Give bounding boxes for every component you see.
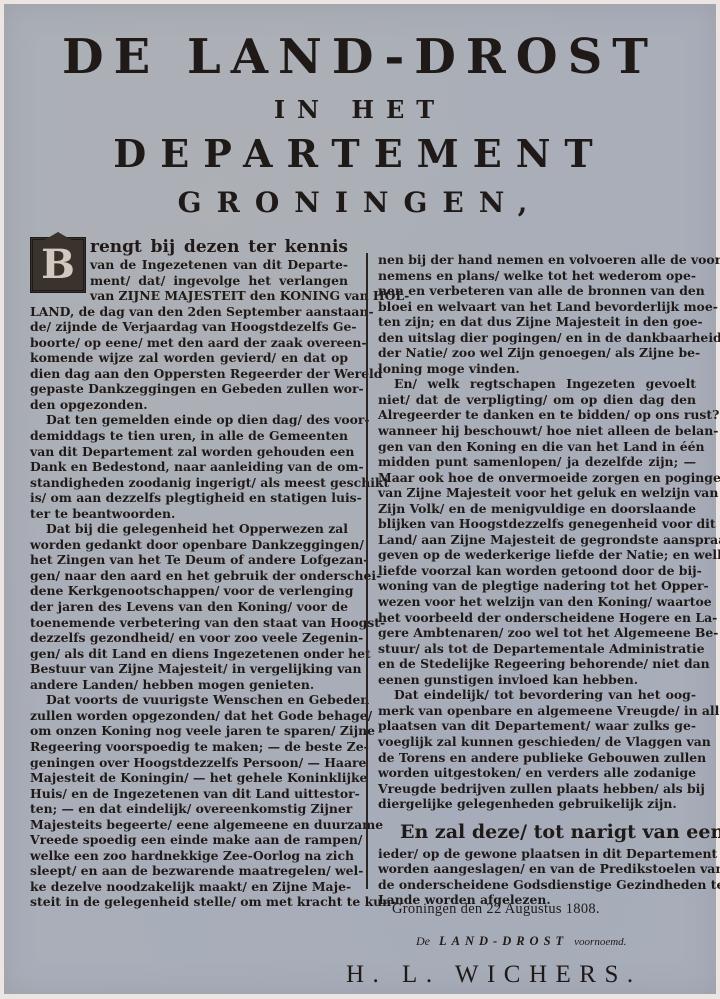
text-line: zullen worden opgezonden/ dat het Gode b… (30, 708, 348, 724)
text-line: is/ om aan dezzelfs plegtigheid en stati… (30, 490, 348, 506)
text-line: worden aangeslagen/ en van de Predikstoe… (378, 861, 696, 877)
text-line: nemens en plans/ welke tot het wederom o… (378, 268, 696, 284)
text-line: Land/ aan Zijne Majesteit de gegrondste … (378, 532, 696, 548)
text-line: steit in de gelegenheid stelle/ om met k… (30, 894, 348, 910)
text-line: woning van de plegtige nadering tot het … (378, 578, 696, 594)
text-line: geven op de wederkerige liefde der Natie… (378, 547, 696, 563)
text-line: Alregeerder te danken en te bidden/ op o… (378, 407, 696, 423)
text-line: den opgezonden. (30, 397, 348, 413)
paragraph-closing: ieder/ op de gewone plaatsen in dit Depa… (378, 846, 696, 908)
text-line: wezen voor het welzijn van den Koning/ w… (378, 594, 696, 610)
paragraph-wenschen-en-gebeden: Dat voorts de vuurigste Wenschen en Gebe… (30, 692, 348, 910)
dateline: Groningen den 22 Augustus 1808. (392, 901, 600, 918)
text-line: de/ zijnde de Verjaardag van Hoogstdezel… (30, 319, 348, 335)
text-line: wanneer hij beschouwt/ hoe niet alleen d… (378, 423, 696, 439)
text-line: gere Ambtenaren/ zoo wel tot het Algemee… (378, 625, 696, 641)
text-line: welke een zoo hardnekkige Zee-Oorlog na … (30, 848, 348, 864)
text-line: bloei en welvaart van het Land bevorderl… (378, 299, 696, 315)
text-line: diergelijke gelegenheden gebruikelijk zi… (378, 796, 696, 812)
text-line: stuur/ als tot de Departementale Adminis… (378, 641, 696, 657)
drop-cap-letter: B (41, 245, 75, 285)
text-line: toenemende verbetering van den staat van… (30, 615, 348, 631)
text-line: der Natie/ zoo wel Zijn genoegen/ als Zi… (378, 345, 696, 361)
text-line: de onderscheidene Godsdienstige Gezindhe… (378, 877, 696, 893)
text-line: LAND, de dag van den 2den September aans… (30, 304, 348, 320)
text-line: niet/ dat de verpligting/ om op dien dag… (378, 392, 696, 408)
text-line: Huis/ en de Ingezetenen van dit Land uit… (30, 786, 348, 802)
subscript-de: De (416, 934, 430, 948)
text-line: nen en verbeteren van alle de bronnen va… (378, 283, 696, 299)
text-line: Majesteits begeerte/ eene algemeene en d… (30, 817, 348, 833)
text-line: Vreugde bedrijven zullen plaats hebben/ … (378, 781, 696, 797)
title-departement: DEPARTEMENT (4, 134, 716, 174)
paragraph-vreugde: Dat eindelijk/ tot bevordering van het o… (378, 687, 696, 811)
text-line: nen bij der hand nemen en volvoeren alle… (378, 252, 696, 268)
ornamental-drop-cap: B (30, 237, 86, 293)
subscript-land-drost: LAND-DROST (439, 934, 568, 948)
subscript-voornoemd: voornoemd. (574, 936, 626, 948)
text-line: Dat eindelijk/ tot bevordering van het o… (378, 687, 696, 703)
text-line: geningen over Hoogstdezzelfs Persoon/ — … (30, 755, 348, 771)
text-line: Regeering voorspoedig te maken; — de bes… (30, 739, 348, 755)
text-line: voeglijk zal kunnen geschieden/ de Vlagg… (378, 734, 696, 750)
title-in-het: IN HET (4, 96, 716, 124)
text-line: gen/ naar den aard en het gebruik der on… (30, 568, 348, 584)
text-line: midden punt samenlopen/ ja dezelfde zijn… (378, 454, 696, 470)
text-line: dene Kerkgenootschappen/ voor de verleng… (30, 583, 348, 599)
text-line: ter te beantwoorden. (30, 506, 348, 522)
title-groningen: GRONINGEN, (4, 188, 716, 218)
text-line: andere Landen/ hebben mogen genieten. (30, 677, 348, 693)
text-line: blijken van Hoogstdezzelfs genegenheid v… (378, 516, 696, 532)
paragraph-dank-en-bedestond: Dat ten gemelden einde op dien dag/ des … (30, 412, 348, 521)
closing-heading: En zal deze/ tot narigt van eenen (400, 820, 696, 844)
column-divider-rule (366, 253, 368, 889)
text-line: het Zingen van het Te Deum of andere Lof… (30, 552, 348, 568)
signatory-title: De LAND-DROST voornoemd. (416, 934, 626, 949)
paragraph-opperwezen: Dat bij die gelegenheid het Opperwezen z… (30, 521, 348, 692)
text-line: boorte/ op eene/ met den aard der zaak o… (30, 335, 348, 351)
text-line: komende wijze zal worden gevierd/ en dat… (30, 350, 348, 366)
text-line: en de Stedelijke Regeering behorende/ ni… (378, 656, 696, 672)
paragraph-continuation: nen bij der hand nemen en volvoeren alle… (378, 252, 696, 376)
left-column: B rengt bij dezen ter kennis van de Inge… (30, 237, 348, 910)
text-line: Maar ook hoe de onvermoeide zorgen en po… (378, 470, 696, 486)
text-line: het voorbeeld der onderscheidene Hogere … (378, 610, 696, 626)
text-line: liefde voorzal kan worden getoond door d… (378, 563, 696, 579)
text-line: Vreede spoedig een einde make aan de ram… (30, 832, 348, 848)
text-line: standigheden zoodanig ingerigt/ als mees… (30, 475, 348, 491)
text-line: demiddags te tien uren, in alle de Gemee… (30, 428, 348, 444)
text-line: worden uitgestoken/ en verders alle zoda… (378, 765, 696, 781)
text-line: sleept/ en aan de bezwarende maatregelen… (30, 863, 348, 879)
text-line: gepaste Dankzeggingen en Gebeden zullen … (30, 381, 348, 397)
text-line: eenen gunstigen invloed kan hebben. (378, 672, 696, 688)
text-line: van dit Departement zal worden gehouden … (30, 444, 348, 460)
text-line: ieder/ op de gewone plaatsen in dit Depa… (378, 846, 696, 862)
text-line: Dank en Bedestond, naar aanleiding van d… (30, 459, 348, 475)
text-line: der jaren des Levens van den Koning/ voo… (30, 599, 348, 615)
text-line: ten zijn; en dat dus Zijne Majesteit in … (378, 314, 696, 330)
text-line: ten; — en dat eindelijk/ overeenkomstig … (30, 801, 348, 817)
text-line: gen/ als dit Land en diens Ingezetenen o… (30, 646, 348, 662)
text-line: En/ welk regtschapen Ingezeten gevoelt (378, 376, 696, 392)
text-line: ke dezelve noodzakelijk maakt/ en Zijne … (30, 879, 348, 895)
proclamation-sheet: DE LAND-DROST IN HET DEPARTEMENT GRONING… (4, 4, 716, 994)
opening-paragraph: B rengt bij dezen ter kennis van de Inge… (30, 237, 348, 412)
text-line: den uitslag dier pogingen/ en in de dank… (378, 330, 696, 346)
text-line: Dat ten gemelden einde op dien dag/ des … (30, 412, 348, 428)
text-line: worden gedankt door openbare Dankzegging… (30, 537, 348, 553)
text-line: de Torens en andere publieke Gebouwen zu… (378, 750, 696, 766)
text-line: loning moge vinden. (378, 361, 696, 377)
text-line: Bestuur van Zijne Majesteit/ in vergelij… (30, 661, 348, 677)
title-land-drost: DE LAND-DROST (4, 32, 716, 82)
text-line: om onzen Koning nog veele jaren te spare… (30, 723, 348, 739)
paragraph-regtschapen-ingezeten: En/ welk regtschapen Ingezeten gevoelt n… (378, 376, 696, 687)
text-line: Dat bij die gelegenheid het Opperwezen z… (30, 521, 348, 537)
text-line: Zijn Volk/ en de menigvuldige en doorsla… (378, 501, 696, 517)
text-line: van Zijne Majesteit voor het geluk en we… (378, 485, 696, 501)
text-line: dien dag aan den Oppersten Regeerder der… (30, 366, 348, 382)
text-line: merk van openbare en algemeene Vreugde/ … (378, 703, 696, 719)
signature-name: H. L. WICHERS. (346, 961, 642, 989)
text-line: dezzelfs gezondheid/ en voor zoo veele Z… (30, 630, 348, 646)
text-line: Majesteit de Koningin/ — het gehele Koni… (30, 770, 348, 786)
text-line: Dat voorts de vuurigste Wenschen en Gebe… (30, 692, 348, 708)
text-line: plaatsen van dit Departement/ waar zulks… (378, 718, 696, 734)
right-column: nen bij der hand nemen en volvoeren alle… (378, 252, 696, 908)
text-line: gen van den Koning en die van het Land i… (378, 439, 696, 455)
